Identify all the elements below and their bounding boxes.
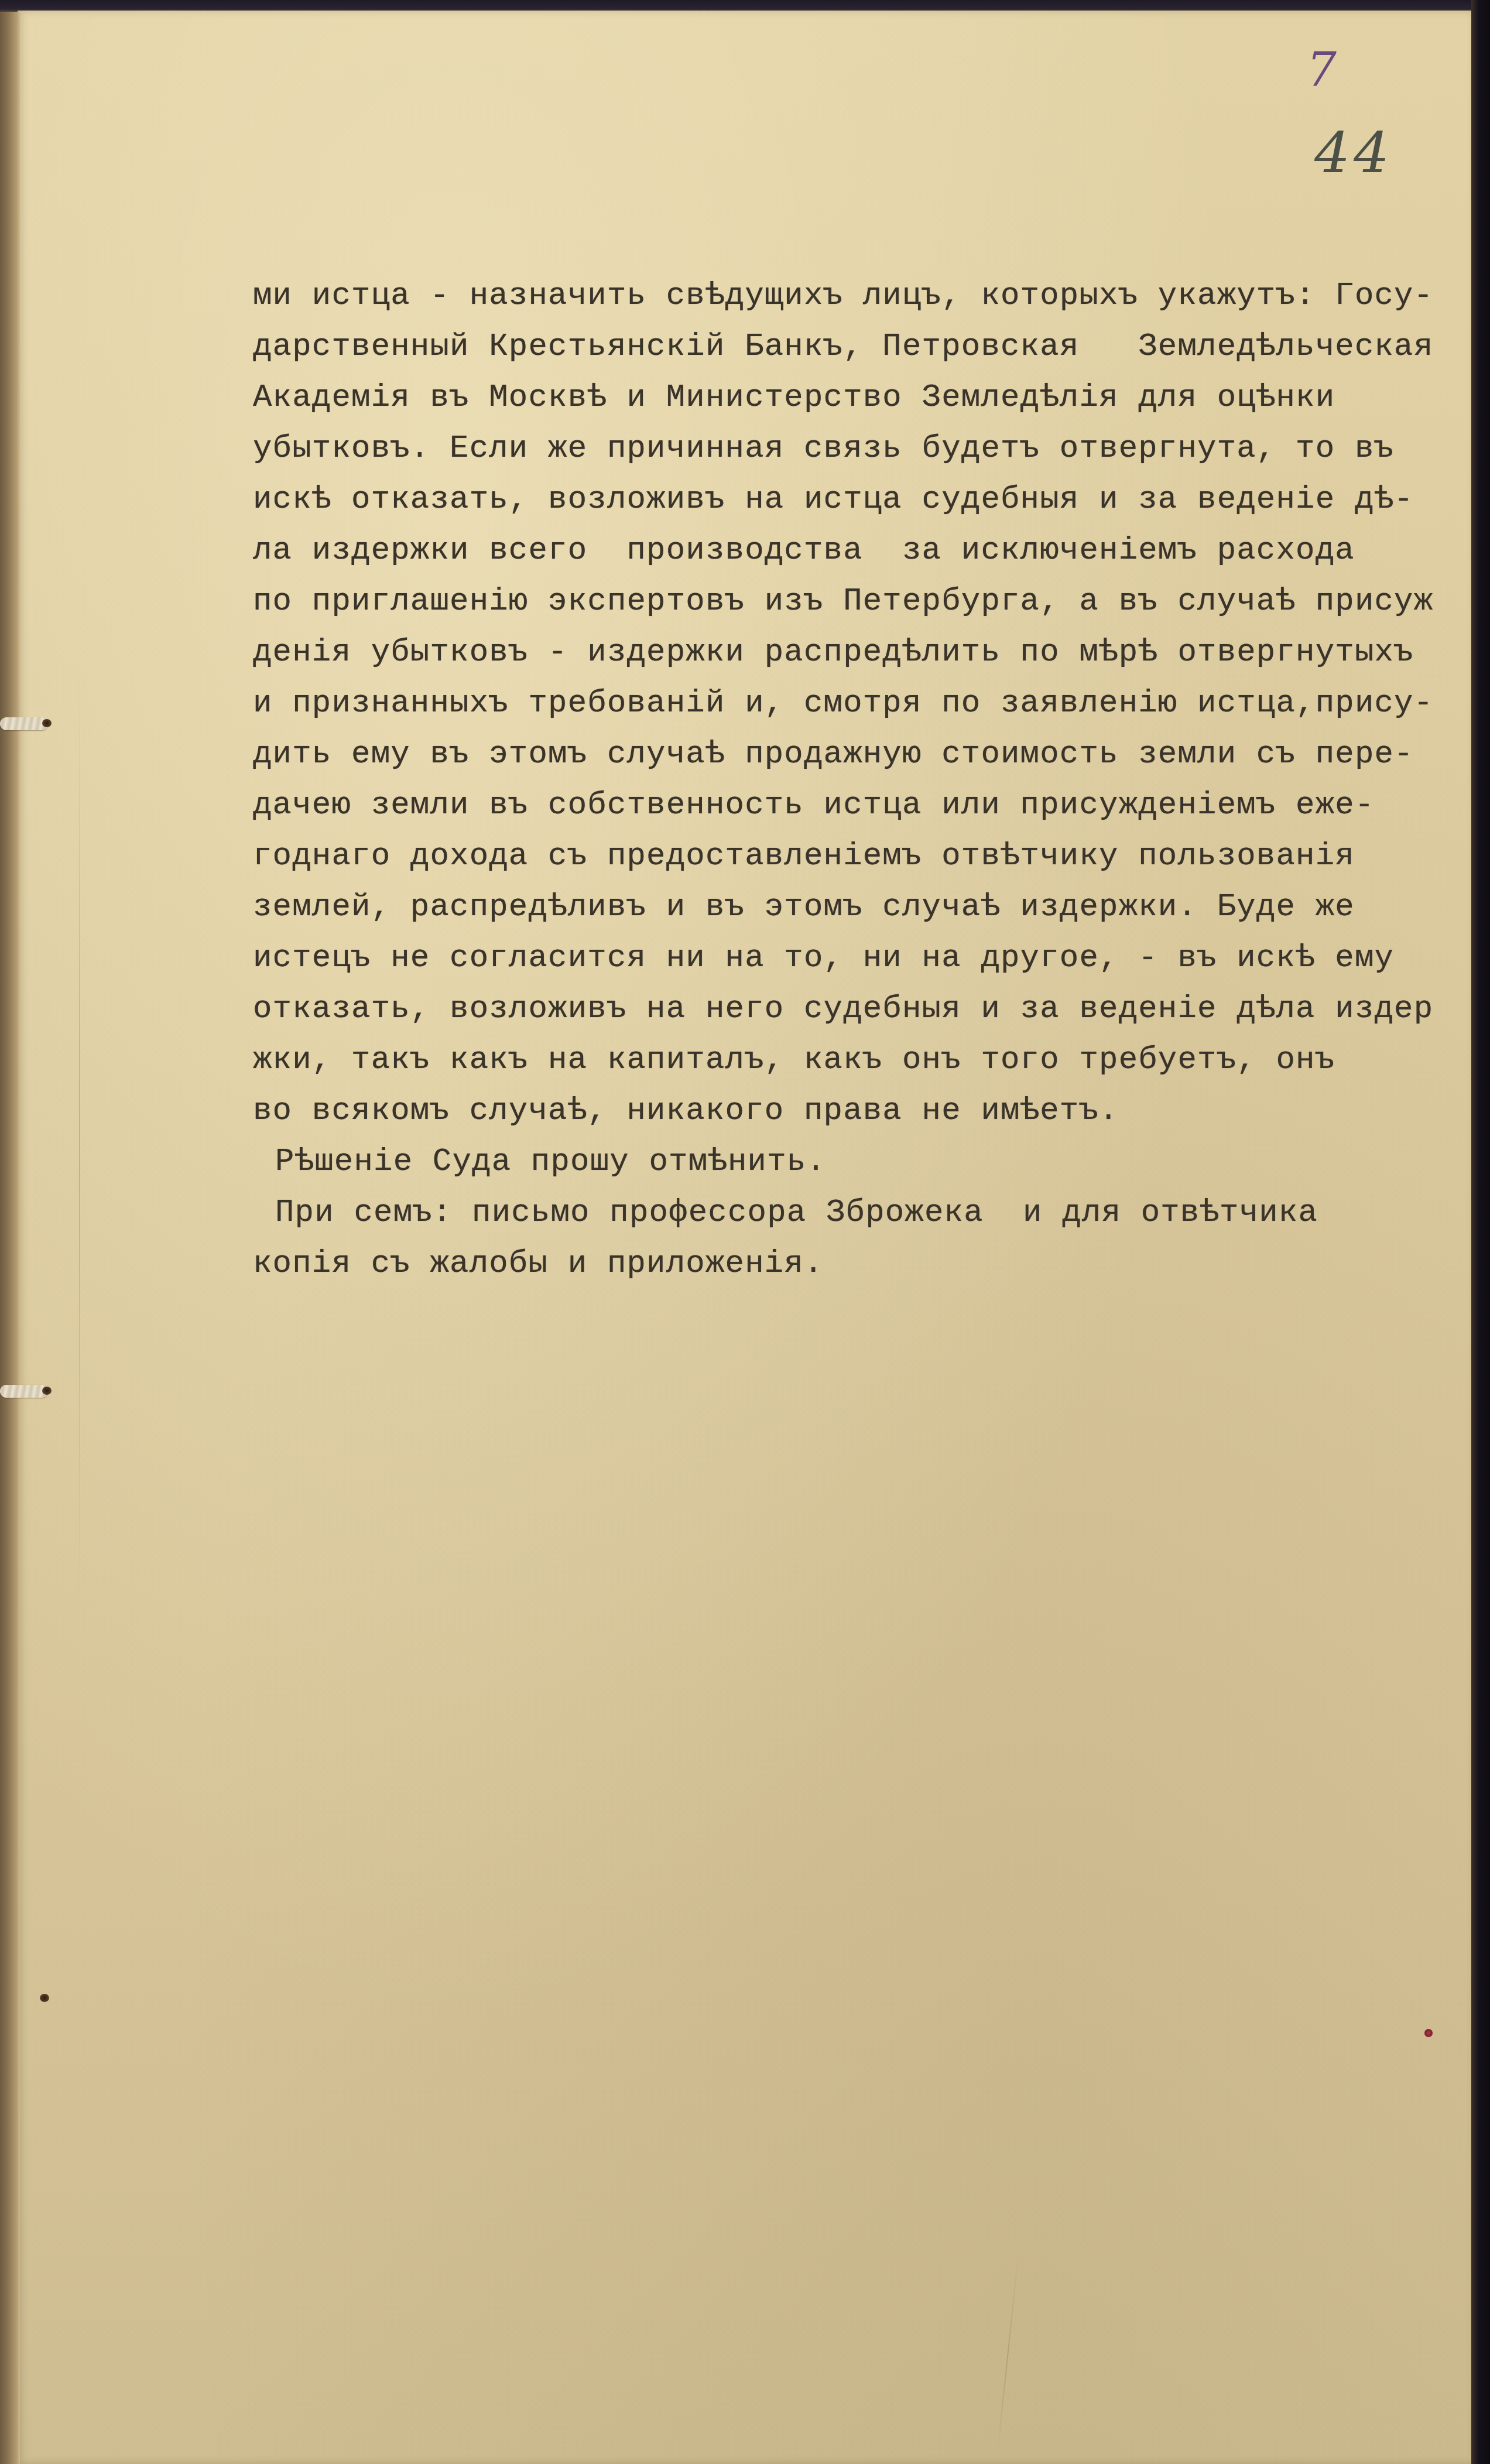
- ink-spot-icon: [1424, 2029, 1433, 2037]
- punch-hole-icon: [42, 719, 52, 727]
- text-line: дить ему въ этомъ случаѣ продажную стоим…: [253, 729, 1436, 780]
- page-stack-spine: [0, 12, 20, 2464]
- text-line: по приглашенію экспертовъ изъ Петербурга…: [253, 576, 1436, 627]
- text-line: годнаго дохода съ предоставленіемъ отвѣт…: [253, 831, 1436, 882]
- text-line: и признанныхъ требованій и, смотря по за…: [253, 678, 1436, 729]
- binder-right-edge: [1471, 0, 1490, 2464]
- paper-crease: [79, 673, 80, 1610]
- text-line: искѣ отказать, возложивъ на истца судебн…: [253, 474, 1436, 525]
- punch-hole-icon: [40, 1994, 49, 2002]
- binding-string-icon: [0, 1385, 48, 1398]
- text-line: денія убытковъ - издержки распредѣлить п…: [253, 627, 1436, 678]
- text-line: во всякомъ случаѣ, никакого права не имѣ…: [253, 1086, 1436, 1137]
- text-line: землей, распредѣливъ и въ этомъ случаѣ и…: [253, 882, 1436, 933]
- text-line: ла издержки всего производства за исключ…: [253, 525, 1436, 576]
- punch-hole-icon: [42, 1387, 52, 1395]
- enclosure-line: При семъ: письмо профессора Зброжека и д…: [253, 1187, 1436, 1238]
- text-line: дарственный Крестьянскій Банкъ, Петровск…: [253, 321, 1436, 372]
- folio-number-primary: 7: [1307, 42, 1337, 97]
- text-line: ми истца - назначить свѣдущихъ лицъ, кот…: [253, 271, 1436, 321]
- text-line: Академія въ Москвѣ и Министерство Землед…: [253, 372, 1436, 423]
- typed-body: ми истца - назначить свѣдущихъ лицъ, кот…: [253, 271, 1436, 1289]
- court-request-line: Рѣшеніе Суда прошу отмѣнить.: [253, 1137, 1436, 1187]
- enclosure-line: копія съ жалобы и приложенія.: [253, 1238, 1436, 1289]
- folio-number-secondary: 44: [1314, 120, 1393, 186]
- text-line: убытковъ. Если же причинная связь будетъ…: [253, 423, 1436, 474]
- text-line: жки, такъ какъ на капиталъ, какъ онъ тог…: [253, 1035, 1436, 1086]
- text-line: дачею земли въ собственность истца или п…: [253, 780, 1436, 831]
- binding-string-icon: [0, 717, 48, 730]
- text-line: истецъ не согласится ни на то, ни на дру…: [253, 933, 1436, 984]
- text-line: отказать, возложивъ на него судебныя и з…: [253, 984, 1436, 1035]
